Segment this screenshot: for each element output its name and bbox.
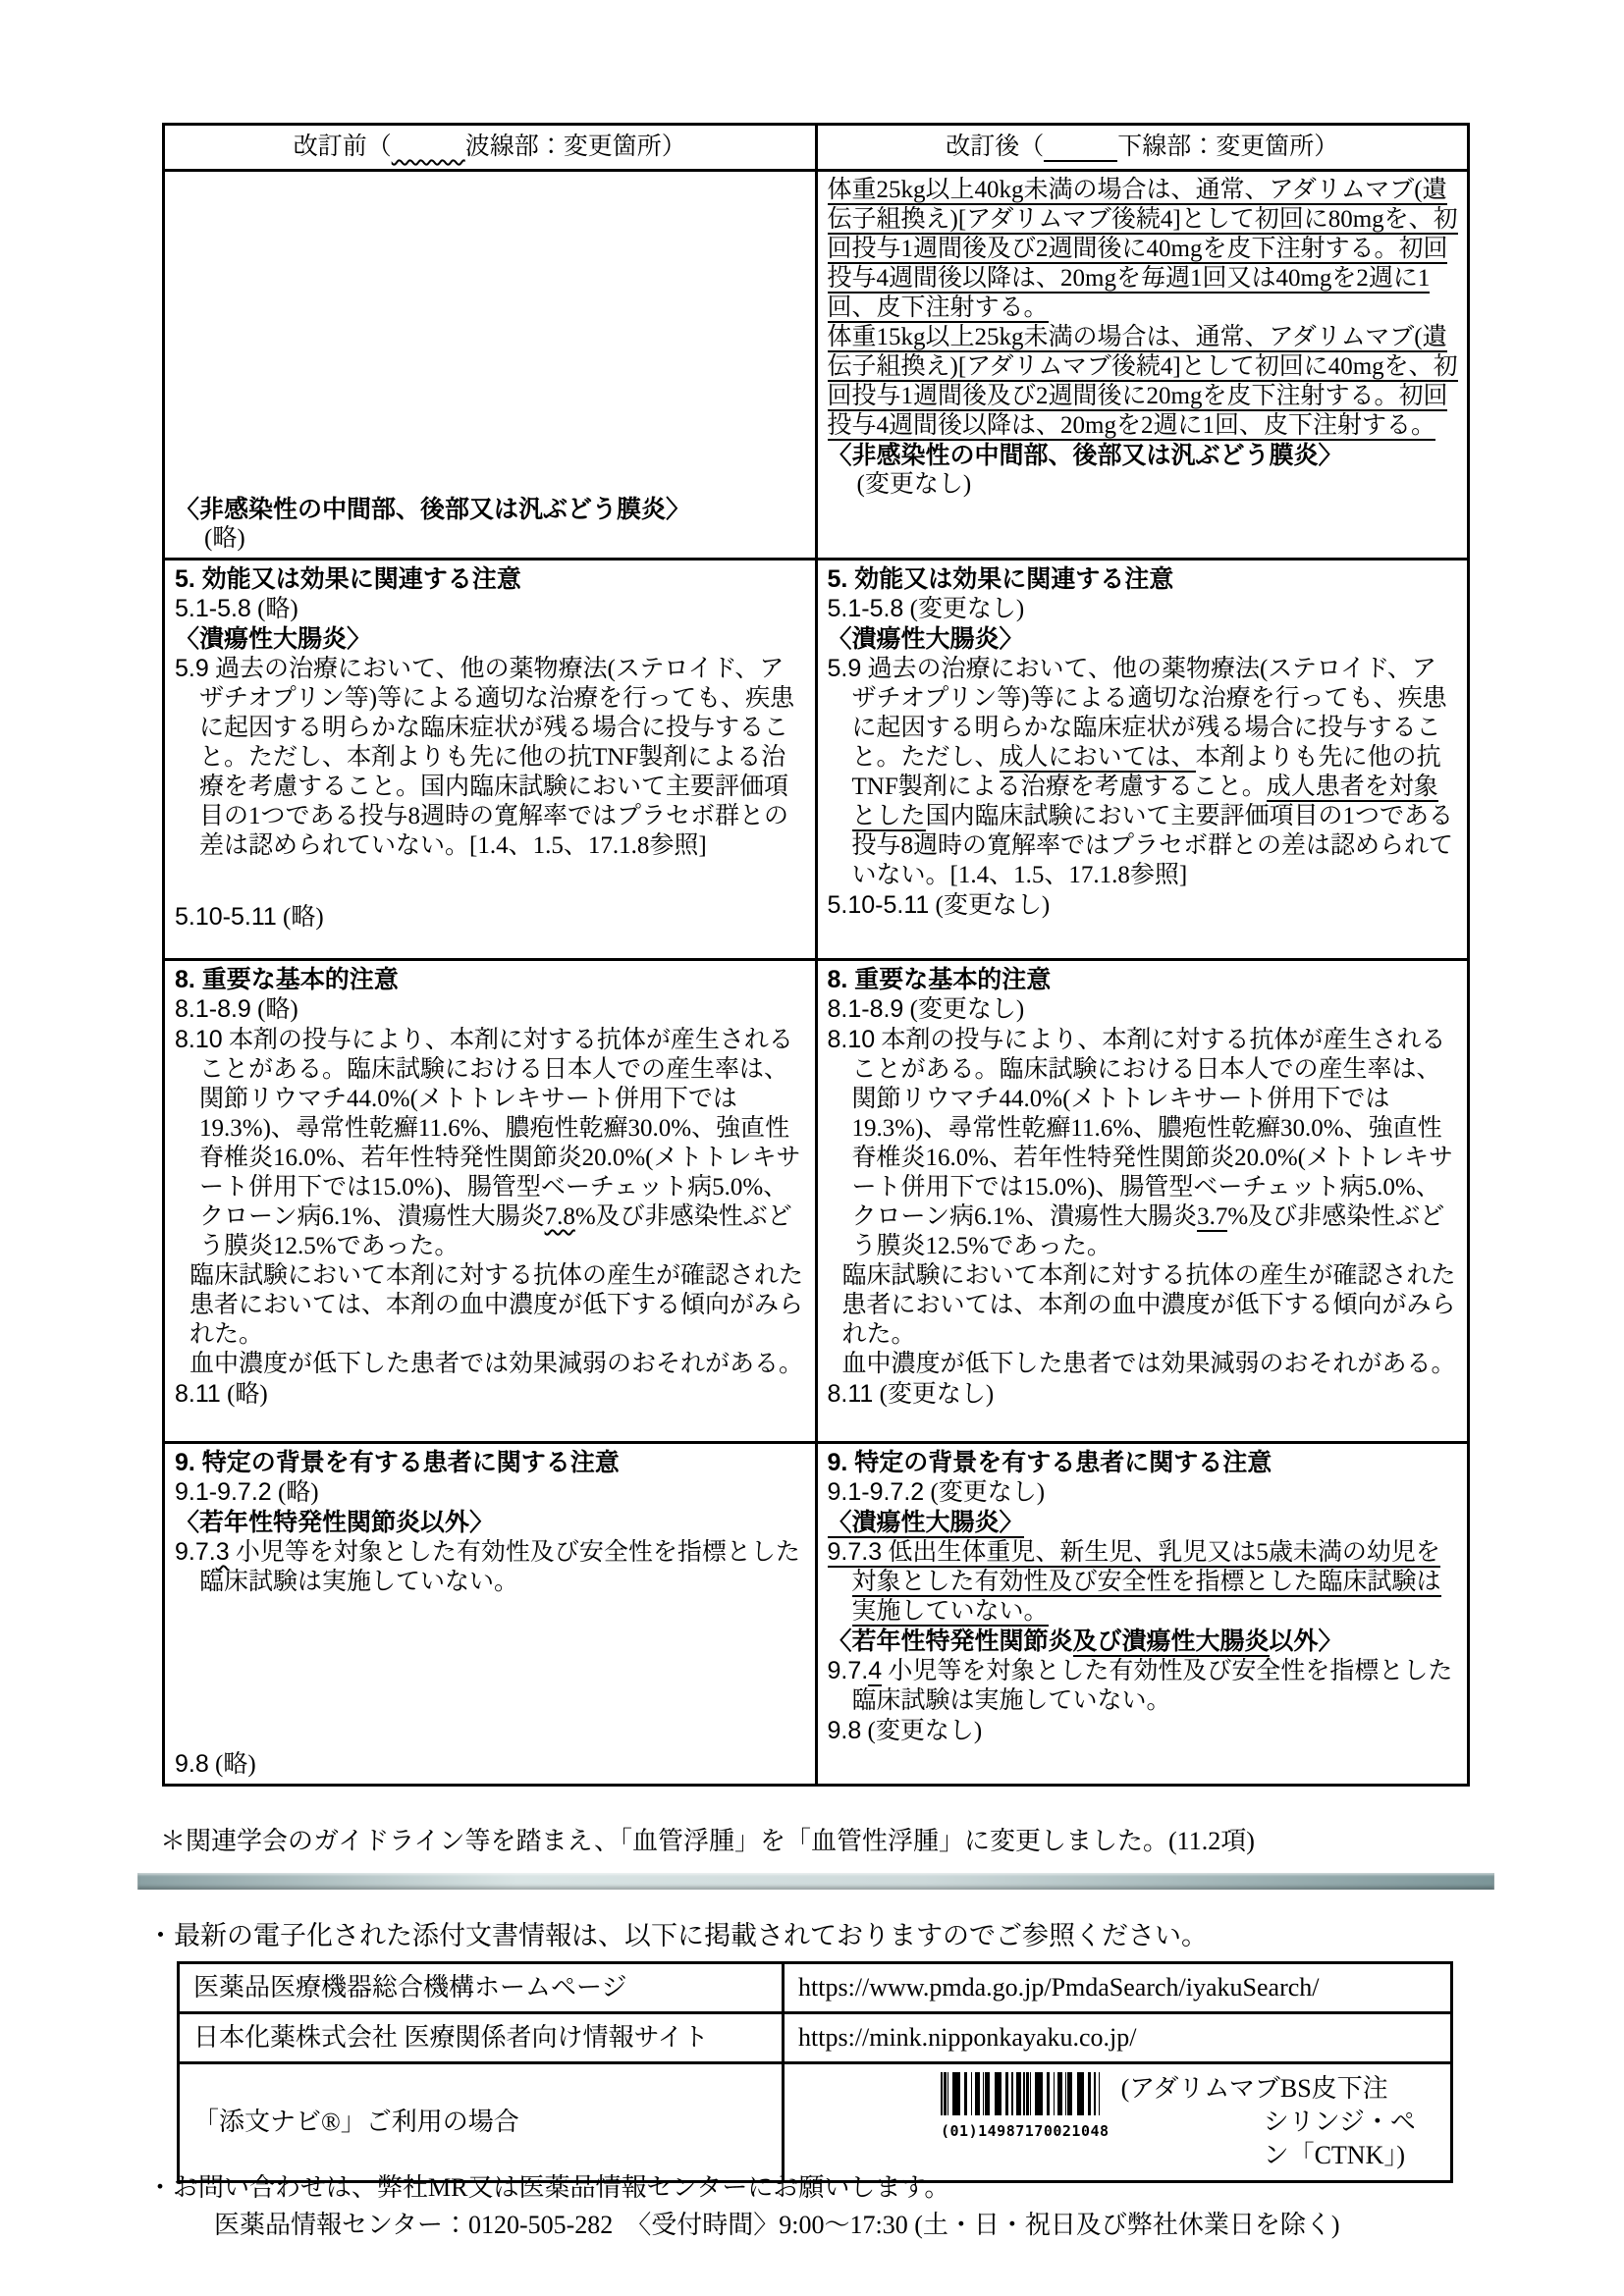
barcode-caption: (アダリムマブBS皮下注 シリンジ・ペン「CTNK」) <box>1121 2072 1436 2172</box>
table-header-row: 改訂前（ 波線部：変更箇所） 改訂後（ 下線部：変更箇所） <box>164 125 1469 171</box>
sub-heading: 〈非感染性の中間部、後部又は汎ぶどう膜炎〉 <box>175 495 807 524</box>
efile-notice: ・最新の電子化された添付文書情報は、以下に掲載されておりますのでご参照ください。 <box>147 1914 1208 1952</box>
info-row-pmda: 医薬品医療機器総合機構ホームページ https://www.pmda.go.jp… <box>179 1963 1452 2013</box>
contact-phone: 医薬品情報センター：0120-505-282 〈受付時間〉9:00〜17:30 … <box>214 2205 1340 2241</box>
barcode-caption-line1: (アダリムマブBS皮下注 <box>1121 2072 1436 2106</box>
paragraph: 8.1-8.9 (略) <box>175 994 807 1025</box>
section-heading: 9. 特定の背景を有する患者に関する注意 <box>175 1448 807 1477</box>
header-after-cell: 改訂後（ 下線部：変更箇所） <box>816 125 1469 171</box>
paragraph: 9.7.3 小児等を対象とした有効性及び安全性を指標とした臨床試験は実施していな… <box>175 1537 807 1597</box>
sub-heading: 〈潰瘍性大腸炎〉 <box>828 1508 1460 1537</box>
paragraph: 5.1-5.8 (略) <box>175 594 807 624</box>
cell-before-section9: 9. 特定の背景を有する患者に関する注意9.1-9.7.2 (略)〈若年性特発性… <box>164 1443 817 1786</box>
paragraph: (変更なし) <box>828 470 1460 500</box>
barcode: (01)14987170021048 <box>941 2072 1110 2147</box>
comparison-table: 改訂前（ 波線部：変更箇所） 改訂後（ 下線部：変更箇所） 〈非感染性の中間部、… <box>162 123 1470 1787</box>
cell-after-section9: 9. 特定の背景を有する患者に関する注意9.1-9.7.2 (変更なし)〈潰瘍性… <box>816 1443 1469 1786</box>
sub-heading: 〈若年性特発性関節炎及び潰瘍性大腸炎以外〉 <box>828 1627 1460 1656</box>
paragraph: 9.8 (略) <box>175 1749 807 1780</box>
cell-before-dosage: 〈非感染性の中間部、後部又は汎ぶどう膜炎〉(略) <box>164 171 817 560</box>
sub-heading: 〈若年性特発性関節炎以外〉 <box>175 1508 807 1537</box>
info-label-pmda: 医薬品医療機器総合機構ホームページ <box>179 1963 784 2013</box>
info-table: 医薬品医療機器総合機構ホームページ https://www.pmda.go.jp… <box>177 1961 1453 2183</box>
cell-after-dosage: 体重25kg以上40kg未満の場合は、通常、アダリムマブ(遺伝子組換え)[アダリ… <box>816 171 1469 560</box>
paragraph: 9.7.3 低出生体重児、新生児、乳児又は5歳未満の幼児を対象とした有効性及び安… <box>828 1537 1460 1627</box>
barcode-bars-image <box>941 2072 1100 2115</box>
paragraph: 血中濃度が低下した患者では効果減弱のおそれがある。 <box>828 1350 1460 1379</box>
sub-heading: 〈潰瘍性大腸炎〉 <box>828 624 1460 654</box>
section-heading: 9. 特定の背景を有する患者に関する注意 <box>828 1448 1460 1477</box>
paragraph: 8.1-8.9 (変更なし) <box>828 994 1460 1025</box>
paragraph: 臨床試験において本剤に対する抗体の産生が確認された患者においては、本剤の血中濃度… <box>828 1261 1460 1350</box>
paragraph: 5.10-5.11 (変更なし) <box>828 890 1460 921</box>
cell-before-section8: 8. 重要な基本的注意8.1-8.9 (略)8.10 本剤の投与により、本剤に対… <box>164 960 817 1443</box>
barcode-caption-line2: シリンジ・ペン「CTNK」) <box>1121 2106 1436 2172</box>
revision-footnote: ＊関連学会のガイドライン等を踏まえ、「血管浮腫」を「血管性浮腫」に変更しました。… <box>160 1821 1255 1857</box>
paragraph: 改訂前（ 波線部：変更箇所） <box>171 133 809 162</box>
paragraph: 9.8 (変更なし) <box>828 1716 1460 1746</box>
row-dosage: 〈非感染性の中間部、後部又は汎ぶどう膜炎〉(略) 体重25kg以上40kg未満の… <box>164 171 1469 560</box>
info-label-tenbunnavi: 「添文ナビ®」ご利用の場合 <box>179 2063 784 2182</box>
paragraph: 改訂後（ 下線部：変更箇所） <box>824 133 1462 162</box>
paragraph: 9.1-9.7.2 (変更なし) <box>828 1477 1460 1508</box>
info-row-nipponkayaku: 日本化薬株式会社 医療関係者向け情報サイト https://mink.nippo… <box>179 2013 1452 2063</box>
cell-after-section5: 5. 効能又は効果に関連する注意5.1-5.8 (変更なし)〈潰瘍性大腸炎〉5.… <box>816 560 1469 960</box>
page: { "header": { "before_paras": [ {"c":"ct… <box>0 0 1624 2296</box>
row-section8: 8. 重要な基本的注意8.1-8.9 (略)8.10 本剤の投与により、本剤に対… <box>164 960 1469 1443</box>
section-divider-bar <box>137 1873 1494 1890</box>
barcode-number: (01)14987170021048 <box>941 2115 1110 2147</box>
paragraph: 血中濃度が低下した患者では効果減弱のおそれがある。 <box>175 1350 807 1379</box>
paragraph: 9.1-9.7.2 (略) <box>175 1477 807 1508</box>
barcode-block: (01)14987170021048 (アダリムマブBS皮下注 シリンジ・ペン「… <box>798 2072 1436 2172</box>
section-heading: 8. 重要な基本的注意 <box>828 965 1460 994</box>
paragraph: 8.11 (変更なし) <box>828 1379 1460 1410</box>
paragraph: 8.10 本剤の投与により、本剤に対する抗体が産生されることがある。臨床試験にお… <box>175 1025 807 1261</box>
section-heading: 5. 効能又は効果に関連する注意 <box>828 564 1460 594</box>
paragraph: 体重15kg以上25kg未満の場合は、通常、アダリムマブ(遺伝子組換え)[アダリ… <box>828 323 1460 441</box>
contact-note: ・お問い合わせは、弊社MR又は医薬品情報センターにお願いします。 <box>147 2167 949 2204</box>
paragraph: 臨床試験において本剤に対する抗体の産生が確認された患者においては、本剤の血中濃度… <box>175 1261 807 1350</box>
row-section5: 5. 効能又は効果に関連する注意5.1-5.8 (略)〈潰瘍性大腸炎〉5.9 過… <box>164 560 1469 960</box>
sub-heading: 〈非感染性の中間部、後部又は汎ぶどう膜炎〉 <box>828 441 1460 470</box>
paragraph: 8.10 本剤の投与により、本剤に対する抗体が産生されることがある。臨床試験にお… <box>828 1025 1460 1261</box>
section-heading: 8. 重要な基本的注意 <box>175 965 807 994</box>
paragraph: 5.10-5.11 (略) <box>175 902 807 933</box>
info-value-barcode: (01)14987170021048 (アダリムマブBS皮下注 シリンジ・ペン「… <box>784 2063 1452 2182</box>
paragraph: 5.1-5.8 (変更なし) <box>828 594 1460 624</box>
cell-after-section8: 8. 重要な基本的注意8.1-8.9 (変更なし)8.10 本剤の投与により、本… <box>816 960 1469 1443</box>
spacer <box>175 176 807 495</box>
info-value-pmda-url: https://www.pmda.go.jp/PmdaSearch/iyakuS… <box>784 1963 1452 2013</box>
info-value-mink-url: https://mink.nipponkayaku.co.jp/ <box>784 2013 1452 2063</box>
paragraph: 9.7.4 小児等を対象とした有効性及び安全性を指標とした臨床試験は実施していな… <box>828 1656 1460 1716</box>
spacer <box>175 1597 807 1749</box>
sub-heading: 〈潰瘍性大腸炎〉 <box>175 624 807 654</box>
paragraph: 5.9 過去の治療において、他の薬物療法(ステロイド、アザチオプリン等)等による… <box>828 654 1460 890</box>
cell-before-section5: 5. 効能又は効果に関連する注意5.1-5.8 (略)〈潰瘍性大腸炎〉5.9 過… <box>164 560 817 960</box>
paragraph: (略) <box>175 524 807 554</box>
info-label-nipponkayaku: 日本化薬株式会社 医療関係者向け情報サイト <box>179 2013 784 2063</box>
paragraph: 5.9 過去の治療において、他の薬物療法(ステロイド、アザチオプリン等)等による… <box>175 654 807 861</box>
section-heading: 5. 効能又は効果に関連する注意 <box>175 564 807 594</box>
paragraph: 体重25kg以上40kg未満の場合は、通常、アダリムマブ(遺伝子組換え)[アダリ… <box>828 176 1460 323</box>
header-before-cell: 改訂前（ 波線部：変更箇所） <box>164 125 817 171</box>
row-section9: 9. 特定の背景を有する患者に関する注意9.1-9.7.2 (略)〈若年性特発性… <box>164 1443 1469 1786</box>
paragraph: 8.11 (略) <box>175 1379 807 1410</box>
info-row-tenbunnavi: 「添文ナビ®」ご利用の場合 (01)14987170021048 (アダリムマブ… <box>179 2063 1452 2182</box>
